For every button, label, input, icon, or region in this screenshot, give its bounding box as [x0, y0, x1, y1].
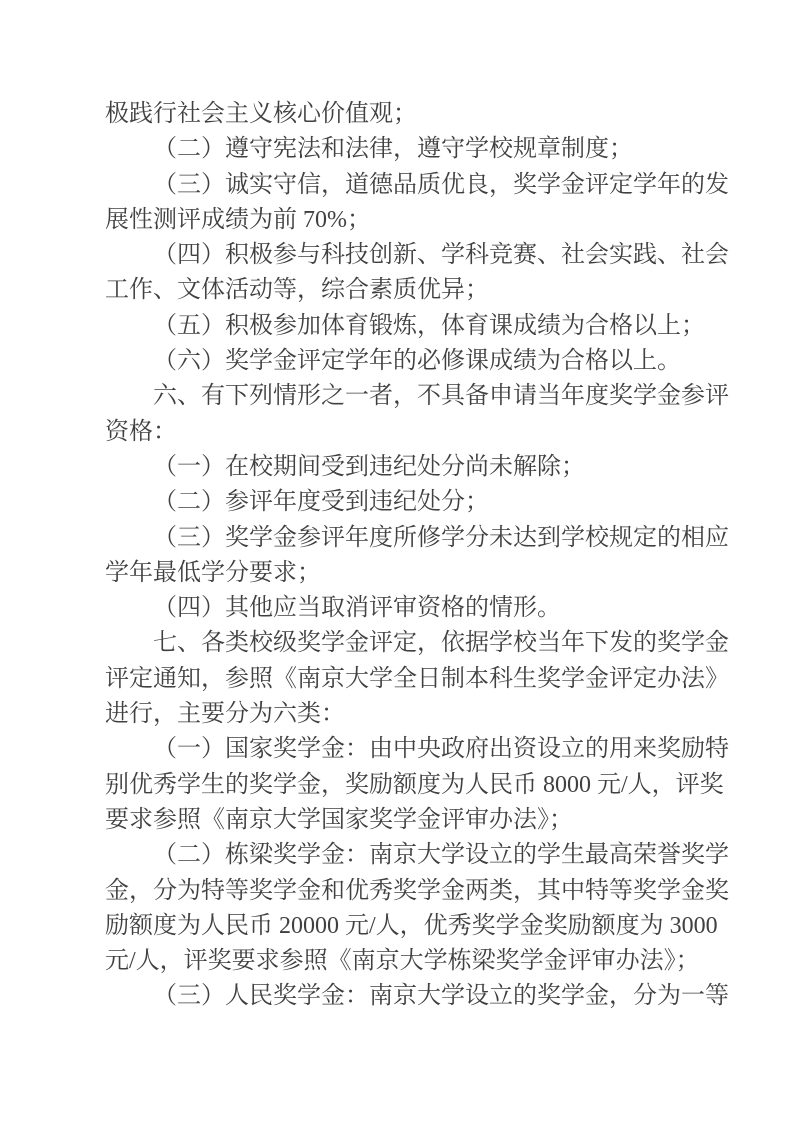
text-line: 进行，主要分为六类： [105, 697, 733, 732]
text-line: （二）遵守宪法和法律，遵守学校规章制度； [105, 132, 733, 167]
text-line: 极践行社会主义核心价值观； [105, 97, 733, 132]
text-line: （三）人民奖学金：南京大学设立的奖学金，分为一等 [105, 979, 733, 1014]
text-line: 六、有下列情形之一者，不具备申请当年度奖学金参评 [105, 379, 733, 414]
text-line: 元/人，评奖要求参照《南京大学栋梁奖学金评审办法》； [105, 944, 733, 979]
text-line: （六）奖学金评定学年的必修课成绩为合格以上。 [105, 344, 733, 379]
text-line: 金，分为特等奖学金和优秀奖学金两类，其中特等奖学金奖 [105, 874, 733, 909]
text-line: （四）积极参与科技创新、学科竞赛、社会实践、社会 [105, 238, 733, 273]
text-line: （二）栋梁奖学金：南京大学设立的学生最高荣誉奖学 [105, 838, 733, 873]
text-line: （三）诚实守信，道德品质优良，奖学金评定学年的发 [105, 168, 733, 203]
text-line: 资格： [105, 415, 733, 450]
text-line: （四）其他应当取消评审资格的情形。 [105, 591, 733, 626]
text-line: 七、各类校级奖学金评定，依据学校当年下发的奖学金 [105, 626, 733, 661]
text-line: 别优秀学生的奖学金，奖励额度为人民币 8000 元/人，评奖 [105, 768, 733, 803]
text-line: （五）积极参加体育锻炼，体育课成绩为合格以上； [105, 309, 733, 344]
text-line: （一）在校期间受到违纪处分尚未解除； [105, 450, 733, 485]
text-line: 评定通知，参照《南京大学全日制本科生奖学金评定办法》 [105, 662, 733, 697]
text-line: 展性测评成绩为前 70%； [105, 203, 733, 238]
document-page: 极践行社会主义核心价值观； （二）遵守宪法和法律，遵守学校规章制度； （三）诚实… [0, 0, 799, 1131]
text-line: 励额度为人民币 20000 元/人，优秀奖学金奖励额度为 3000 [105, 909, 733, 944]
text-line: （一）国家奖学金：由中央政府出资设立的用来奖励特 [105, 732, 733, 767]
text-line: （二）参评年度受到违纪处分； [105, 485, 733, 520]
text-line: （三）奖学金参评年度所修学分未达到学校规定的相应 [105, 521, 733, 556]
text-line: 学年最低学分要求； [105, 556, 733, 591]
text-line: 要求参照《南京大学国家奖学金评审办法》； [105, 803, 733, 838]
text-block: 极践行社会主义核心价值观； （二）遵守宪法和法律，遵守学校规章制度； （三）诚实… [105, 97, 733, 1015]
text-line: 工作、文体活动等，综合素质优异； [105, 273, 733, 308]
